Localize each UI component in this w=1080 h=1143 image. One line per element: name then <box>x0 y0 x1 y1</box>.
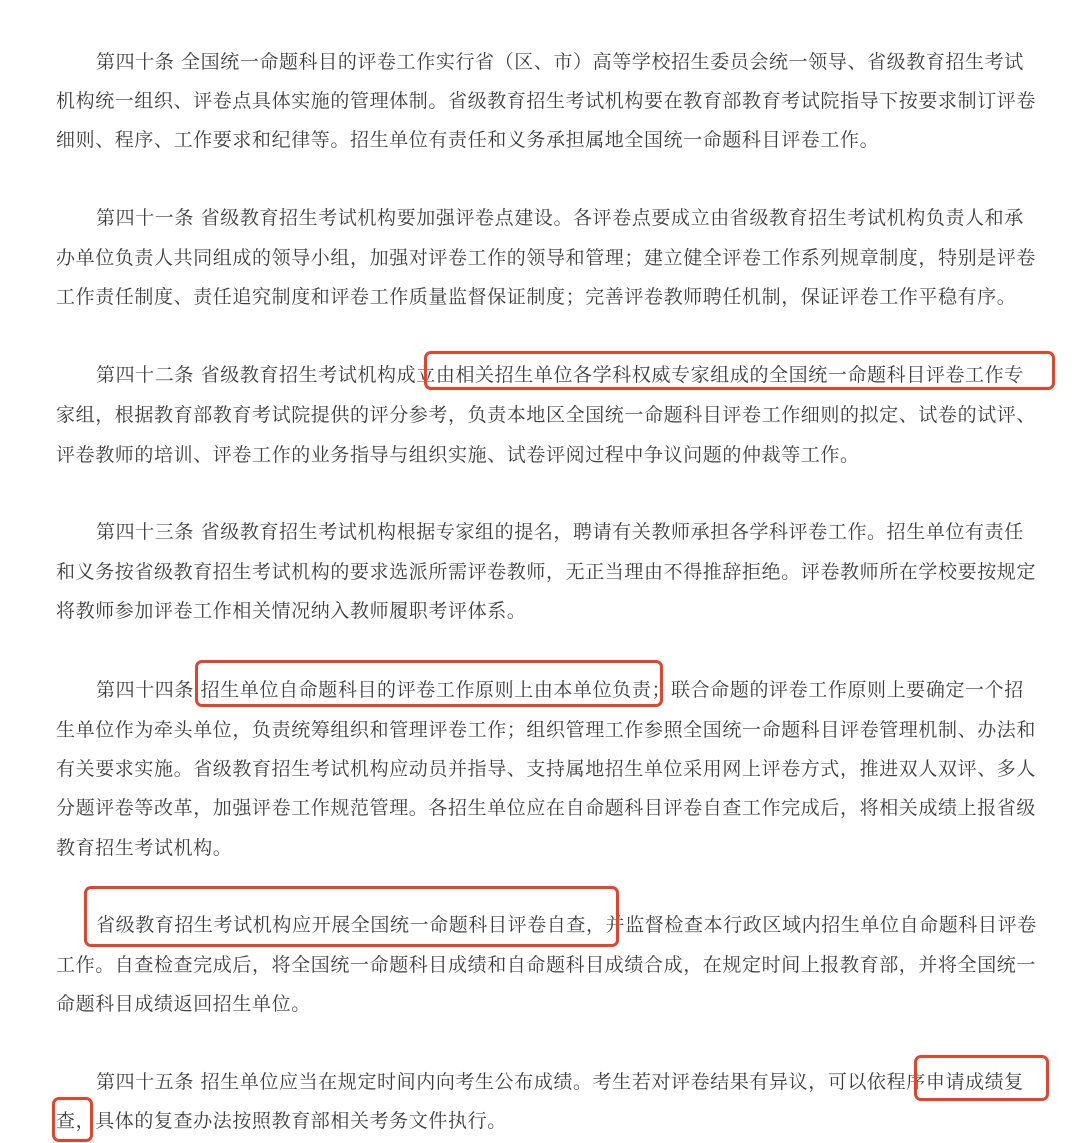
text-line: 细则、程序、工作要求和纪律等。招生单位有责任和义务承担属地全国统一命题科目评卷工… <box>56 121 1046 160</box>
text-line: 第四十三条 省级教育招生考试机构根据专家组的提名，聘请有关教师承担各学科评卷工作… <box>96 513 1080 552</box>
text-line: 工作。自查检查完成后，将全国统一命题科目成绩和自命题科目成绩合成，在规定时间上报… <box>56 946 1046 985</box>
text-line: 机构统一组织、评卷点具体实施的管理体制。省级教育招生考试机构要在教育部教育考试院… <box>56 82 1046 121</box>
text-line: 工作责任制度、责任追究制度和评卷工作质量监督保证制度；完善评卷教师聘任机制，保证… <box>56 278 1046 317</box>
text-line: 评卷教师的培训、评卷工作的业务指导与组织实施、试卷评阅过程中争议问题的仲裁等工作… <box>56 436 1046 475</box>
text-line: 有关要求实施。省级教育招生考试机构应动员并指导、支持属地招生单位采用网上评卷方式… <box>56 750 1046 789</box>
text-line: 生单位作为牵头单位，负责统筹组织和管理评卷工作；组织管理工作参照全国统一命题科目… <box>56 711 1046 750</box>
text-line: 第四十五条 招生单位应当在规定时间内向考生公布成绩。考生若对评卷结果有异议，可以… <box>96 1063 1080 1102</box>
text-line: 命题科目成绩返回招生单位。 <box>56 985 1046 1024</box>
text-line: 查，具体的复查办法按照教育部相关考务文件执行。 <box>56 1102 1046 1141</box>
text-line: 将教师参加评卷工作相关情况纳入教师履职考评体系。 <box>56 592 1046 631</box>
text-line: 办单位负责人共同组成的领导小组，加强对评卷工作的领导和管理；建立健全评卷工作系列… <box>56 239 1046 278</box>
document-page: 第四十条 全国统一命题科目的评卷工作实行省（区、市）高等学校招生委员会统一领导、… <box>0 0 1080 1143</box>
text-line: 家组，根据教育部教育考试院提供的评分参考，负责本地区全国统一命题科目评卷工作细则… <box>56 396 1046 435</box>
text-line: 教育招生考试机构。 <box>56 829 1046 868</box>
text-line: 和义务按省级教育招生考试机构的要求选派所需评卷教师，无正当理由不得推辞拒绝。评卷… <box>56 553 1046 592</box>
text-line: 第四十二条 省级教育招生考试机构成立由相关招生单位各学科权威专家组成的全国统一命… <box>96 356 1080 395</box>
text-line: 第四十一条 省级教育招生考试机构要加强评卷点建设。各评卷点要成立由省级教育招生考… <box>96 199 1080 238</box>
text-line: 第四十条 全国统一命题科目的评卷工作实行省（区、市）高等学校招生委员会统一领导、… <box>96 43 1080 82</box>
text-line: 省级教育招生考试机构应开展全国统一命题科目评卷自查，并监督检查本行政区域内招生单… <box>96 906 1080 945</box>
text-line: 第四十四条 招生单位自命题科目的评卷工作原则上由本单位负责；联合命题的评卷工作原… <box>96 671 1080 710</box>
text-line: 分题评卷等改革，加强评卷工作规范管理。各招生单位应在自命题科目评卷自查工作完成后… <box>56 789 1046 828</box>
